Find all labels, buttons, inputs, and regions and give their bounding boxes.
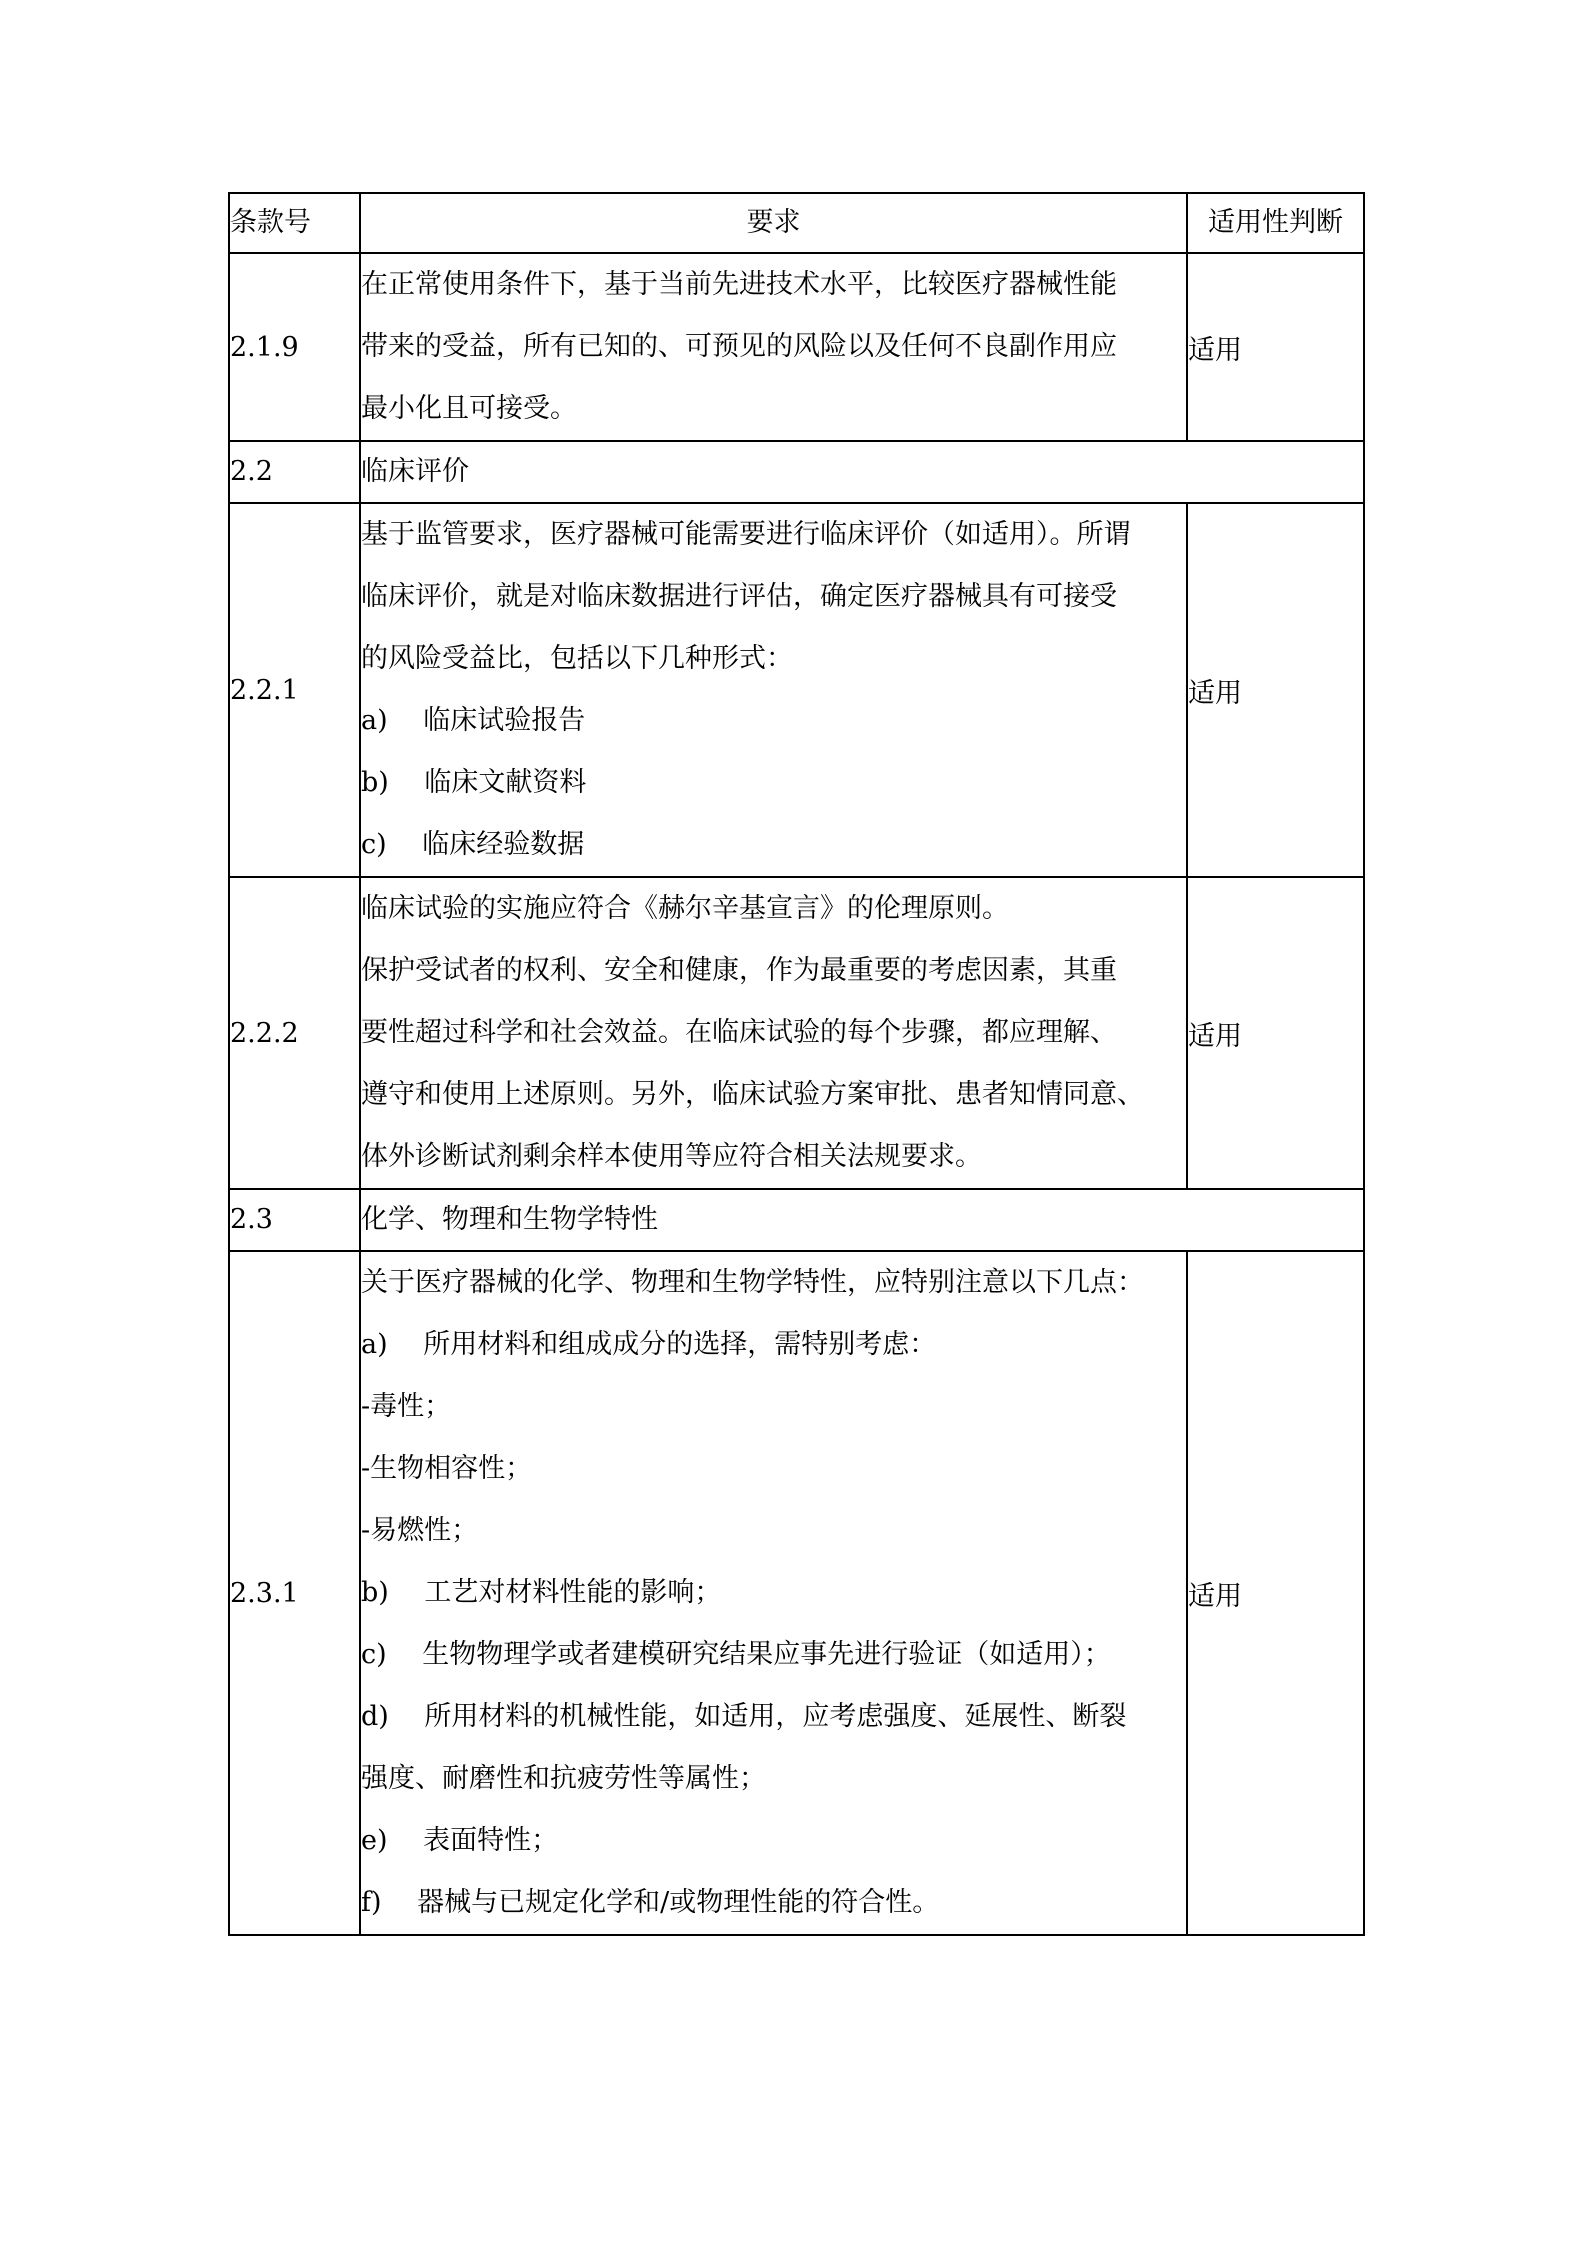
requirement-line: 保护受试者的权利、安全和健康，作为最重要的考虑因素，其重	[361, 940, 1186, 1002]
clause-number-cell: 2.3.1	[229, 1251, 360, 1935]
requirement-line: 要性超过科学和社会效益。在临床试验的每个步骤，都应理解、	[361, 1002, 1186, 1064]
header-requirement: 要求	[360, 193, 1187, 253]
requirement-line: 临床评价，就是对临床数据进行评估，确定医疗器械具有可接受	[361, 566, 1186, 628]
requirement-cell: 在正常使用条件下，基于当前先进技术水平，比较医疗器械性能 带来的受益，所有已知的…	[360, 253, 1187, 441]
requirement-line: f) 器械与已规定化学和/或物理性能的符合性。	[361, 1872, 1186, 1934]
section-title-cell: 临床评价	[360, 441, 1364, 503]
table-row: 2.2.1 基于监管要求，医疗器械可能需要进行临床评价（如适用）。所谓 临床评价…	[229, 503, 1364, 877]
requirement-line: -生物相容性；	[361, 1438, 1186, 1500]
requirement-line: 基于监管要求，医疗器械可能需要进行临床评价（如适用）。所谓	[361, 504, 1186, 566]
requirement-line: e) 表面特性；	[361, 1810, 1186, 1872]
section-row: 2.3 化学、物理和生物学特性	[229, 1189, 1364, 1251]
clause-number-cell: 2.2	[229, 441, 360, 503]
requirements-table: 条款号 要求 适用性判断 2.1.9 在正常使用条件下，基于当前先进技术水平，比…	[228, 192, 1365, 1936]
header-applicability: 适用性判断	[1187, 193, 1364, 253]
requirement-line: b) 临床文献资料	[361, 752, 1186, 814]
table-row: 2.1.9 在正常使用条件下，基于当前先进技术水平，比较医疗器械性能 带来的受益…	[229, 253, 1364, 441]
header-clause-number: 条款号	[229, 193, 360, 253]
clause-number-cell: 2.1.9	[229, 253, 360, 441]
requirement-line: -易燃性；	[361, 1500, 1186, 1562]
requirement-line: a) 所用材料和组成成分的选择，需特别考虑：	[361, 1314, 1186, 1376]
applicability-cell: 适用	[1187, 1251, 1364, 1935]
requirement-cell: 基于监管要求，医疗器械可能需要进行临床评价（如适用）。所谓 临床评价，就是对临床…	[360, 503, 1187, 877]
requirement-line: 体外诊断试剂剩余样本使用等应符合相关法规要求。	[361, 1126, 1186, 1188]
section-title-cell: 化学、物理和生物学特性	[360, 1189, 1364, 1251]
clause-number-cell: 2.2.2	[229, 877, 360, 1189]
requirement-line: 的风险受益比，包括以下几种形式：	[361, 628, 1186, 690]
table-row: 2.3.1 关于医疗器械的化学、物理和生物学特性，应特别注意以下几点： a) 所…	[229, 1251, 1364, 1935]
requirement-line: 遵守和使用上述原则。另外，临床试验方案审批、患者知情同意、	[361, 1064, 1186, 1126]
requirement-line: -毒性；	[361, 1376, 1186, 1438]
requirement-line: 在正常使用条件下，基于当前先进技术水平，比较医疗器械性能	[361, 254, 1186, 316]
applicability-cell: 适用	[1187, 503, 1364, 877]
table-header-row: 条款号 要求 适用性判断	[229, 193, 1364, 253]
requirement-cell: 关于医疗器械的化学、物理和生物学特性，应特别注意以下几点： a) 所用材料和组成…	[360, 1251, 1187, 1935]
requirement-line: c) 生物物理学或者建模研究结果应事先进行验证（如适用）；	[361, 1624, 1186, 1686]
requirement-line: a) 临床试验报告	[361, 690, 1186, 752]
requirement-line: 带来的受益，所有已知的、可预见的风险以及任何不良副作用应	[361, 316, 1186, 378]
section-row: 2.2 临床评价	[229, 441, 1364, 503]
clause-number-cell: 2.3	[229, 1189, 360, 1251]
requirement-line: b) 工艺对材料性能的影响；	[361, 1562, 1186, 1624]
table-row: 2.2.2 临床试验的实施应符合《赫尔辛基宣言》的伦理原则。 保护受试者的权利、…	[229, 877, 1364, 1189]
requirement-cell: 临床试验的实施应符合《赫尔辛基宣言》的伦理原则。 保护受试者的权利、安全和健康，…	[360, 877, 1187, 1189]
document-page: 条款号 要求 适用性判断 2.1.9 在正常使用条件下，基于当前先进技术水平，比…	[0, 0, 1587, 2245]
requirement-line: 临床试验的实施应符合《赫尔辛基宣言》的伦理原则。	[361, 878, 1186, 940]
clause-number-cell: 2.2.1	[229, 503, 360, 877]
applicability-cell: 适用	[1187, 253, 1364, 441]
applicability-cell: 适用	[1187, 877, 1364, 1189]
requirement-line: 关于医疗器械的化学、物理和生物学特性，应特别注意以下几点：	[361, 1252, 1186, 1314]
requirement-line: d) 所用材料的机械性能，如适用，应考虑强度、延展性、断裂	[361, 1686, 1186, 1748]
requirement-line: c) 临床经验数据	[361, 814, 1186, 876]
requirement-line: 强度、耐磨性和抗疲劳性等属性；	[361, 1748, 1186, 1810]
requirement-line: 最小化且可接受。	[361, 378, 1186, 440]
